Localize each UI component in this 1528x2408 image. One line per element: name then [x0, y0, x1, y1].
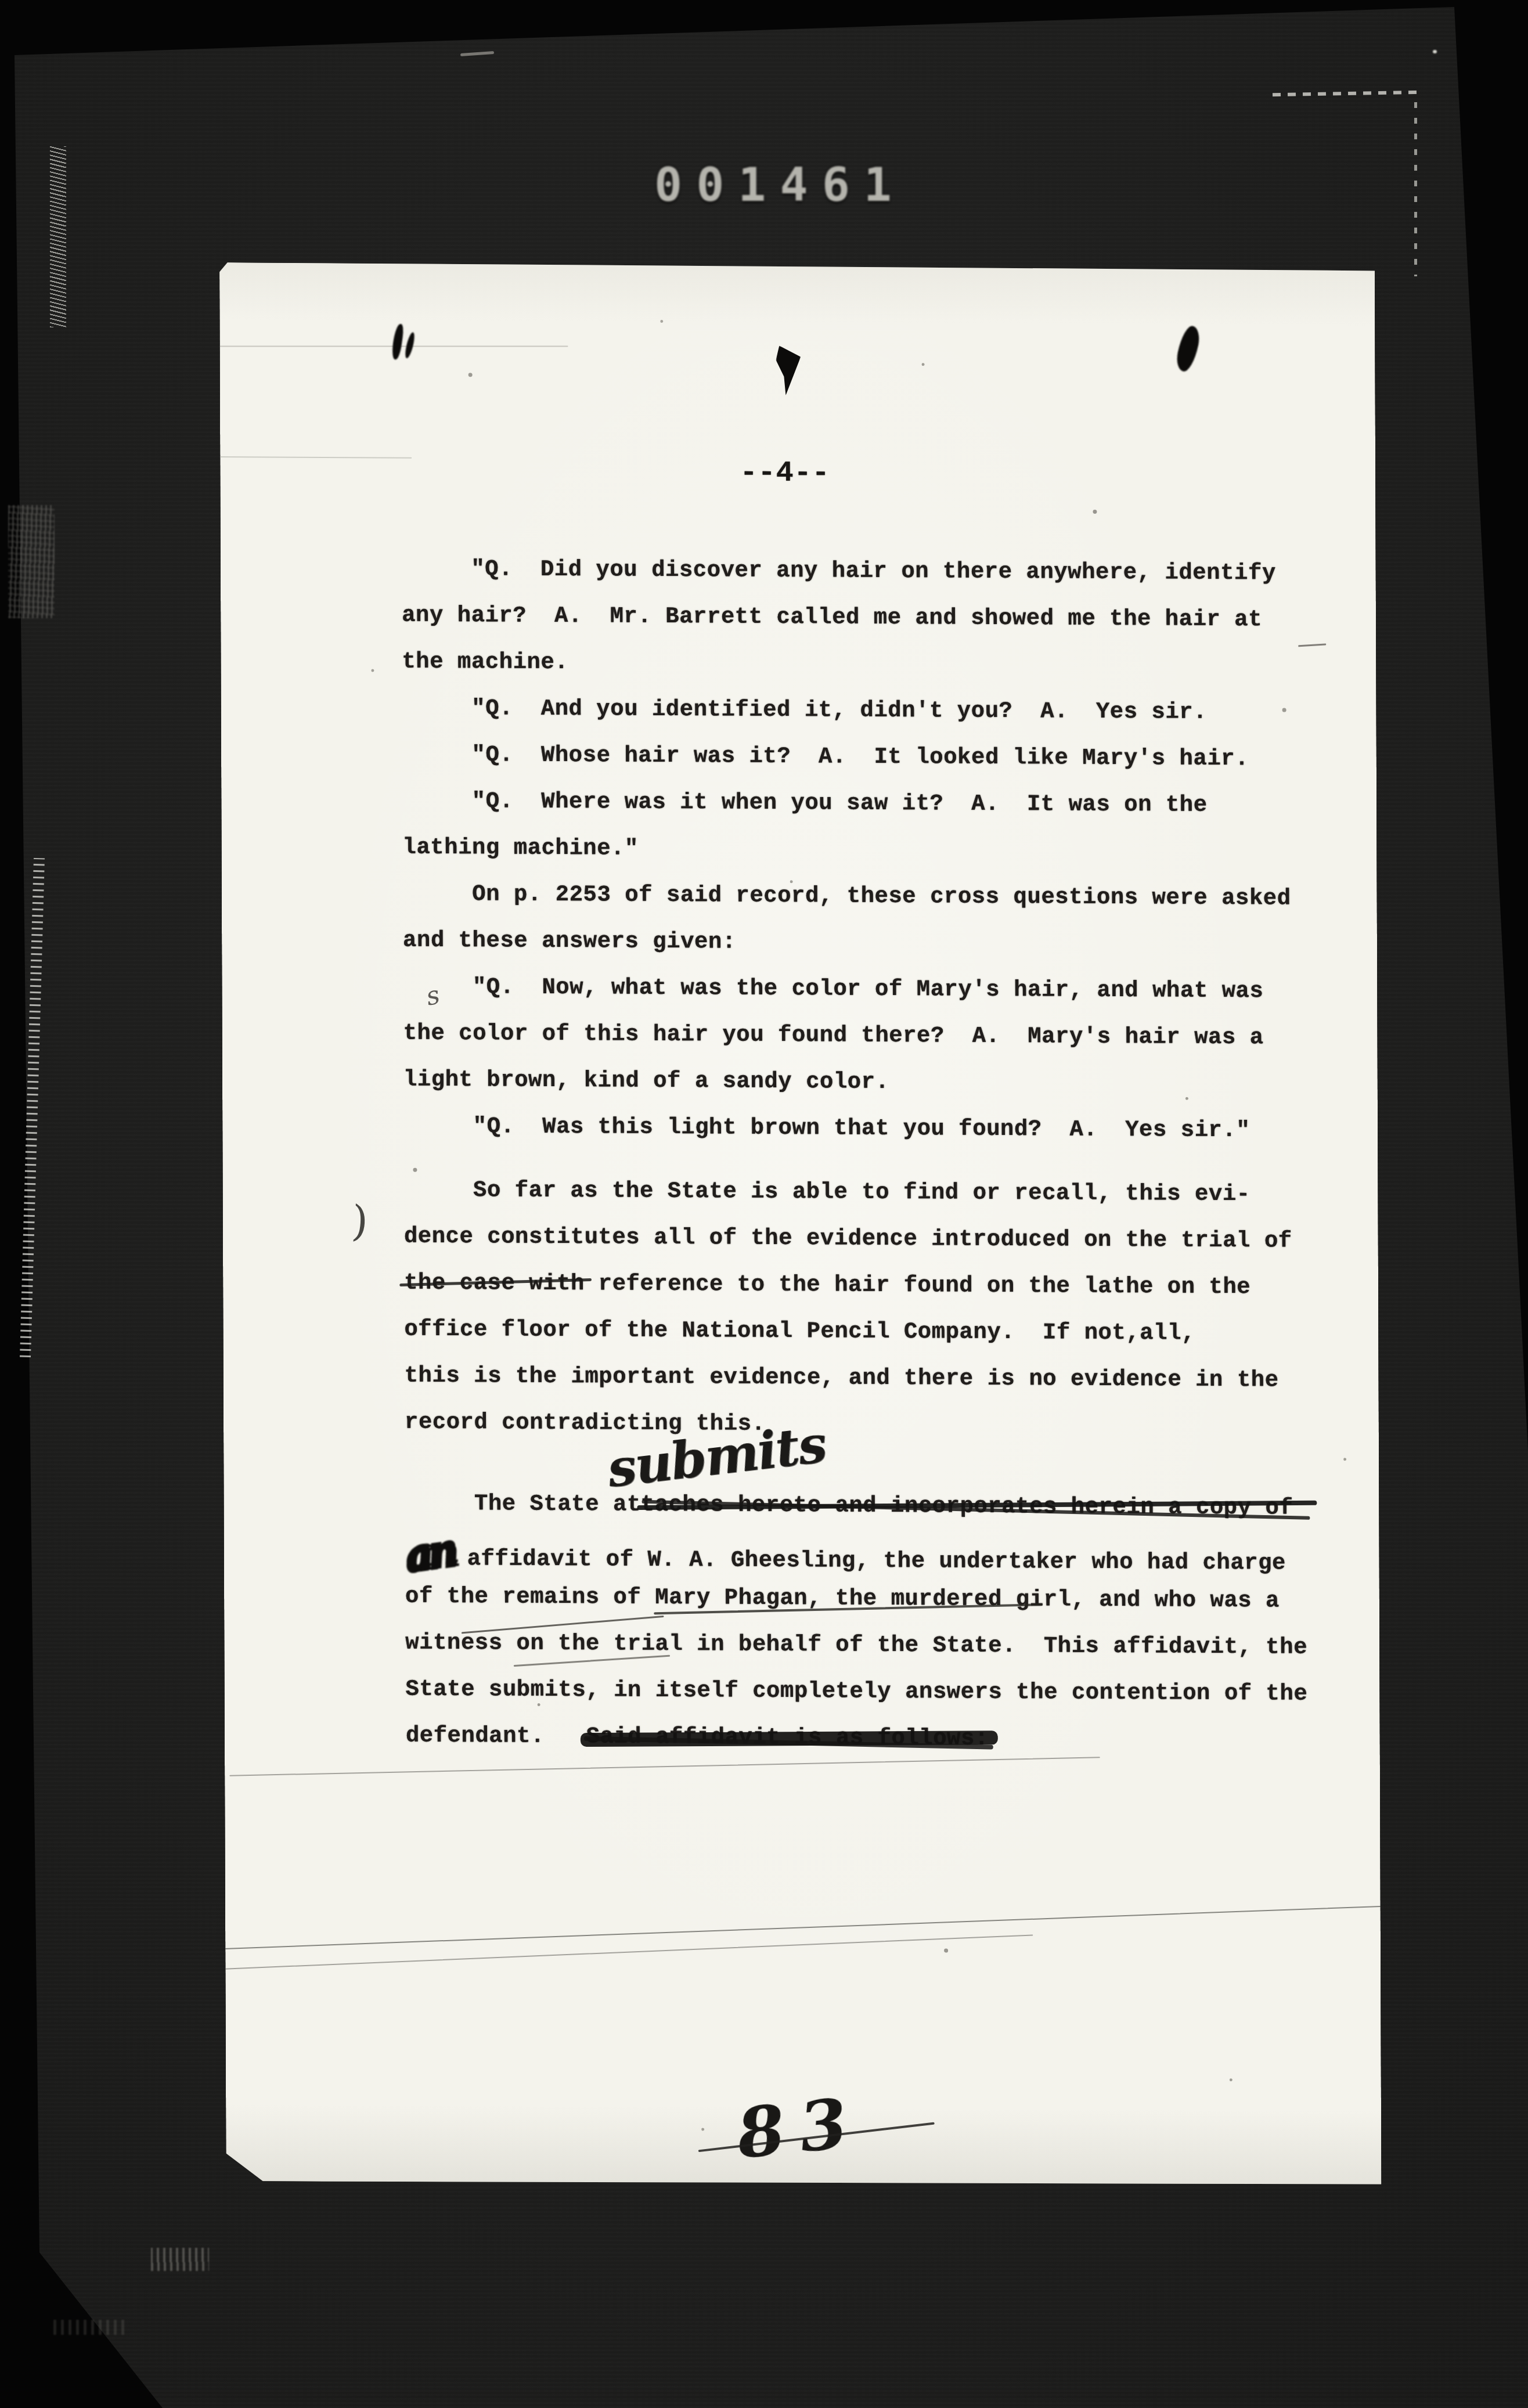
- typed-line: the case with reference to the hair foun…: [404, 1260, 1378, 1311]
- film-scratch-vertical: [1414, 102, 1417, 276]
- typed-line: "Q. And you identified it, didn't you? A…: [402, 685, 1376, 737]
- page-crease: [221, 1905, 1387, 1949]
- frame-number-stamp: 001461: [654, 158, 906, 212]
- typed-line: "Q. Was this light brown that you found?…: [403, 1103, 1378, 1155]
- typed-line: the color of this hair you found there? …: [403, 1010, 1377, 1062]
- typed-line: and these answers given:: [403, 917, 1377, 969]
- typed-line: State submits, in itself completely answ…: [405, 1666, 1379, 1718]
- document-page: --4-- "Q. Did you discover any hair on t…: [219, 262, 1382, 2187]
- handwritten-margin-paren: ): [350, 1196, 370, 1246]
- typed-line: dence constitutes all of the evidence in…: [404, 1213, 1378, 1265]
- typed-line: The State attaches hereto and incorporat…: [405, 1480, 1379, 1532]
- typed-line: "Q. Did you discover any hair on there a…: [402, 546, 1376, 597]
- typed-line: an affidavit of W. A. Gheesling, the und…: [405, 1527, 1379, 1578]
- film-dust-dot: [1433, 50, 1437, 53]
- typed-line: defendant. Said affidavit is as follows:: [406, 1713, 1380, 1764]
- typed-line: this is the important evidence, and ther…: [405, 1353, 1379, 1404]
- film-edge-texture-artifact: [8, 505, 55, 618]
- typed-line: any hair? A. Mr. Barrett called me and s…: [402, 592, 1376, 644]
- ink-blot: [1174, 324, 1202, 373]
- film-bottom-smudge: [151, 2248, 209, 2271]
- ink-blot: [391, 323, 404, 361]
- typed-line: So far as the State is able to find or r…: [403, 1167, 1378, 1219]
- typed-line: "Q. Where was it when you saw it? A. It …: [402, 778, 1376, 830]
- typed-line: On p. 2253 of said record, these cross q…: [403, 871, 1377, 922]
- microfilm-scan: 001461 --4-- "Q. Did you discover any ha…: [0, 0, 1528, 2408]
- ink-blot: [772, 345, 801, 396]
- film-bottom-smudge-2: [53, 2320, 129, 2335]
- typed-line: the machine.: [402, 639, 1376, 690]
- typed-line: "Q. Whose hair was it? A. It looked like…: [402, 731, 1376, 783]
- page-crease: [221, 1934, 1033, 1970]
- typed-line: light brown, kind of a sandy color.: [403, 1057, 1378, 1108]
- typed-line: office floor of the National Pencil Comp…: [404, 1306, 1378, 1358]
- typed-line: lathing machine.": [402, 824, 1376, 876]
- typed-line: of the remains of Mary Phagan, the murde…: [405, 1573, 1379, 1625]
- typed-line: "Q. Now, what was the color of Mary's ha…: [403, 964, 1377, 1015]
- typed-text: "Q. Did you discover any hair on there a…: [221, 545, 1380, 1764]
- film-edge-zigzag-artifact: [50, 146, 66, 327]
- page-number: --4--: [207, 454, 1363, 493]
- typed-line: record contradicting this.: [405, 1399, 1379, 1451]
- handwritten-page-number: 83: [733, 2081, 866, 2174]
